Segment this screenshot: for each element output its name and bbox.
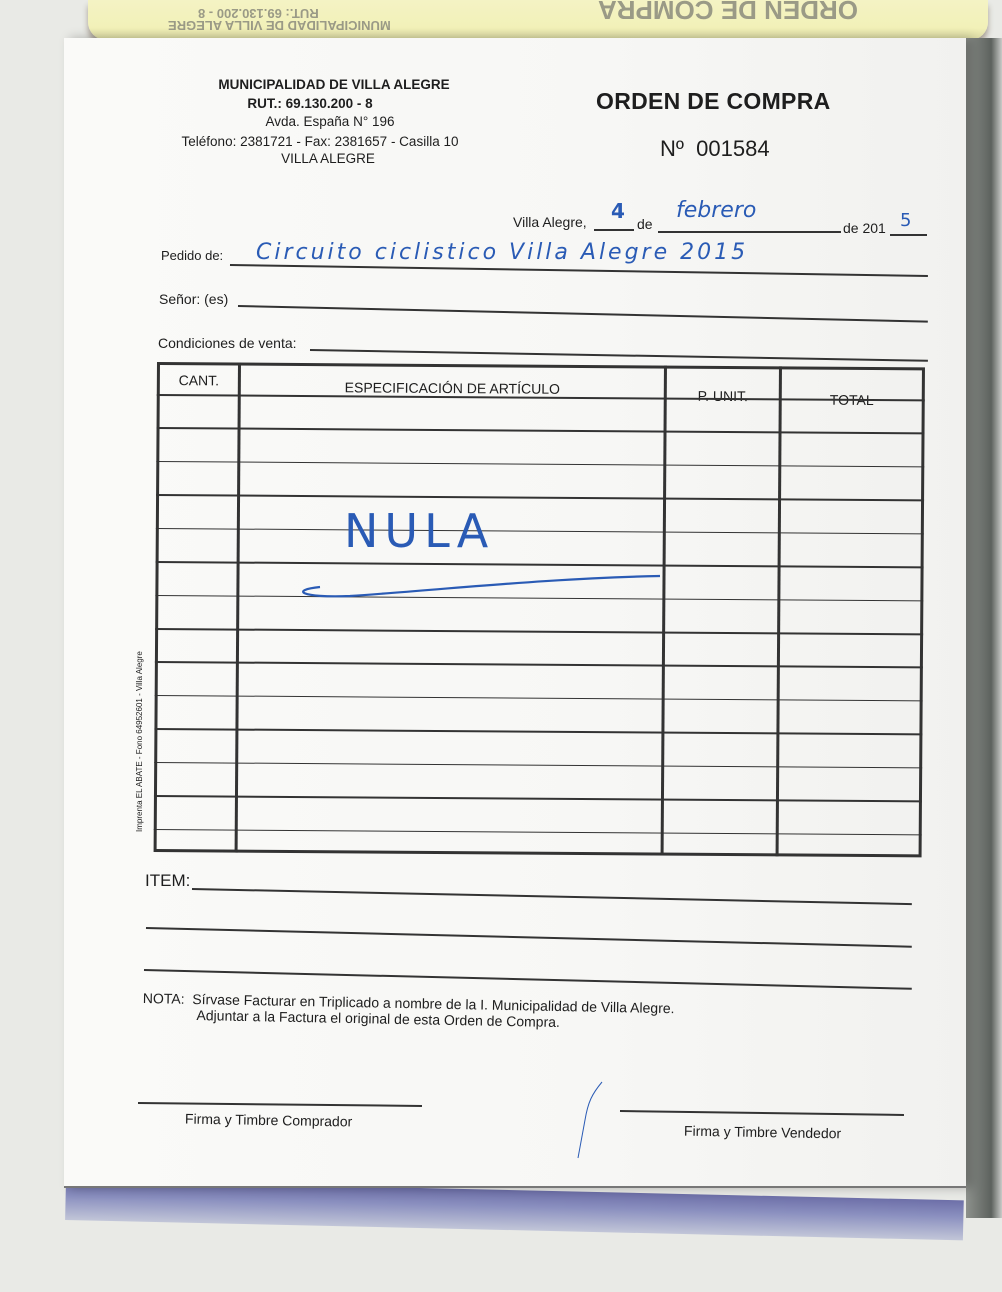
pedido-value[interactable]: Circuito ciclistico Villa Alegre 2015	[256, 240, 748, 265]
day-line	[594, 229, 634, 231]
item-label: ITEM:	[145, 871, 190, 891]
condiciones-label: Condiciones de venta:	[158, 335, 297, 351]
date-year-label: de 201	[843, 220, 886, 236]
header-p-unit: P. UNIT.	[667, 388, 779, 405]
year-line	[890, 234, 927, 236]
date-place-label: Villa Alegre,	[513, 214, 587, 230]
mirrored-title: ORDEN DE COMPRA	[598, 0, 858, 25]
pedido-label: Pedido de:	[161, 248, 223, 263]
org-name: MUNICIPALIDAD DE VILLA ALEGRE	[154, 77, 514, 92]
mirrored-org: MUNICIPALIDAD DE VILLA ALEGRE	[168, 18, 391, 33]
table-border	[154, 362, 925, 857]
org-city: VILLA ALEGRE	[148, 151, 508, 166]
header-cant: CANT.	[160, 372, 238, 389]
nota-label: NOTA:	[143, 990, 185, 1007]
pad-edge	[966, 38, 1002, 1218]
date-month[interactable]: febrero	[676, 198, 756, 223]
date-de-label: de	[637, 216, 653, 232]
nula-annotation: NULA	[344, 504, 494, 558]
pen-stroke	[560, 1080, 610, 1160]
items-table: CANT. ESPECIFICACIÓN DE ARTÍCULO P. UNIT…	[154, 362, 925, 857]
doc-number-label: Nº	[660, 136, 684, 161]
nula-underline-stroke	[290, 568, 670, 608]
doc-number-value: 001584	[696, 136, 769, 161]
org-address: Avda. España N° 196	[150, 114, 510, 129]
org-rut: RUT.: 69.130.200 - 8	[130, 96, 490, 111]
doc-title: ORDEN DE COMPRA	[596, 88, 831, 115]
month-line	[658, 231, 841, 233]
printer-credit: Imprenta EL ABATE - Fono 64952601 - Vill…	[135, 651, 144, 832]
pad-bottom-edge	[65, 1180, 964, 1240]
buyer-signature-label: Firma y Timbre Comprador	[185, 1111, 353, 1130]
senor-label: Señor: (es)	[159, 291, 228, 307]
date-day[interactable]: 4	[611, 199, 625, 223]
backing-yellow-copy: RUT.: 69.130.200 - 8 MUNICIPALIDAD DE VI…	[88, 0, 988, 40]
seller-signature-label: Firma y Timbre Vendedor	[684, 1123, 841, 1142]
org-contact: Teléfono: 2381721 - Fax: 2381657 - Casil…	[150, 134, 490, 149]
date-year-suffix[interactable]: 5	[900, 210, 911, 231]
doc-number: Nº 001584	[660, 136, 770, 162]
